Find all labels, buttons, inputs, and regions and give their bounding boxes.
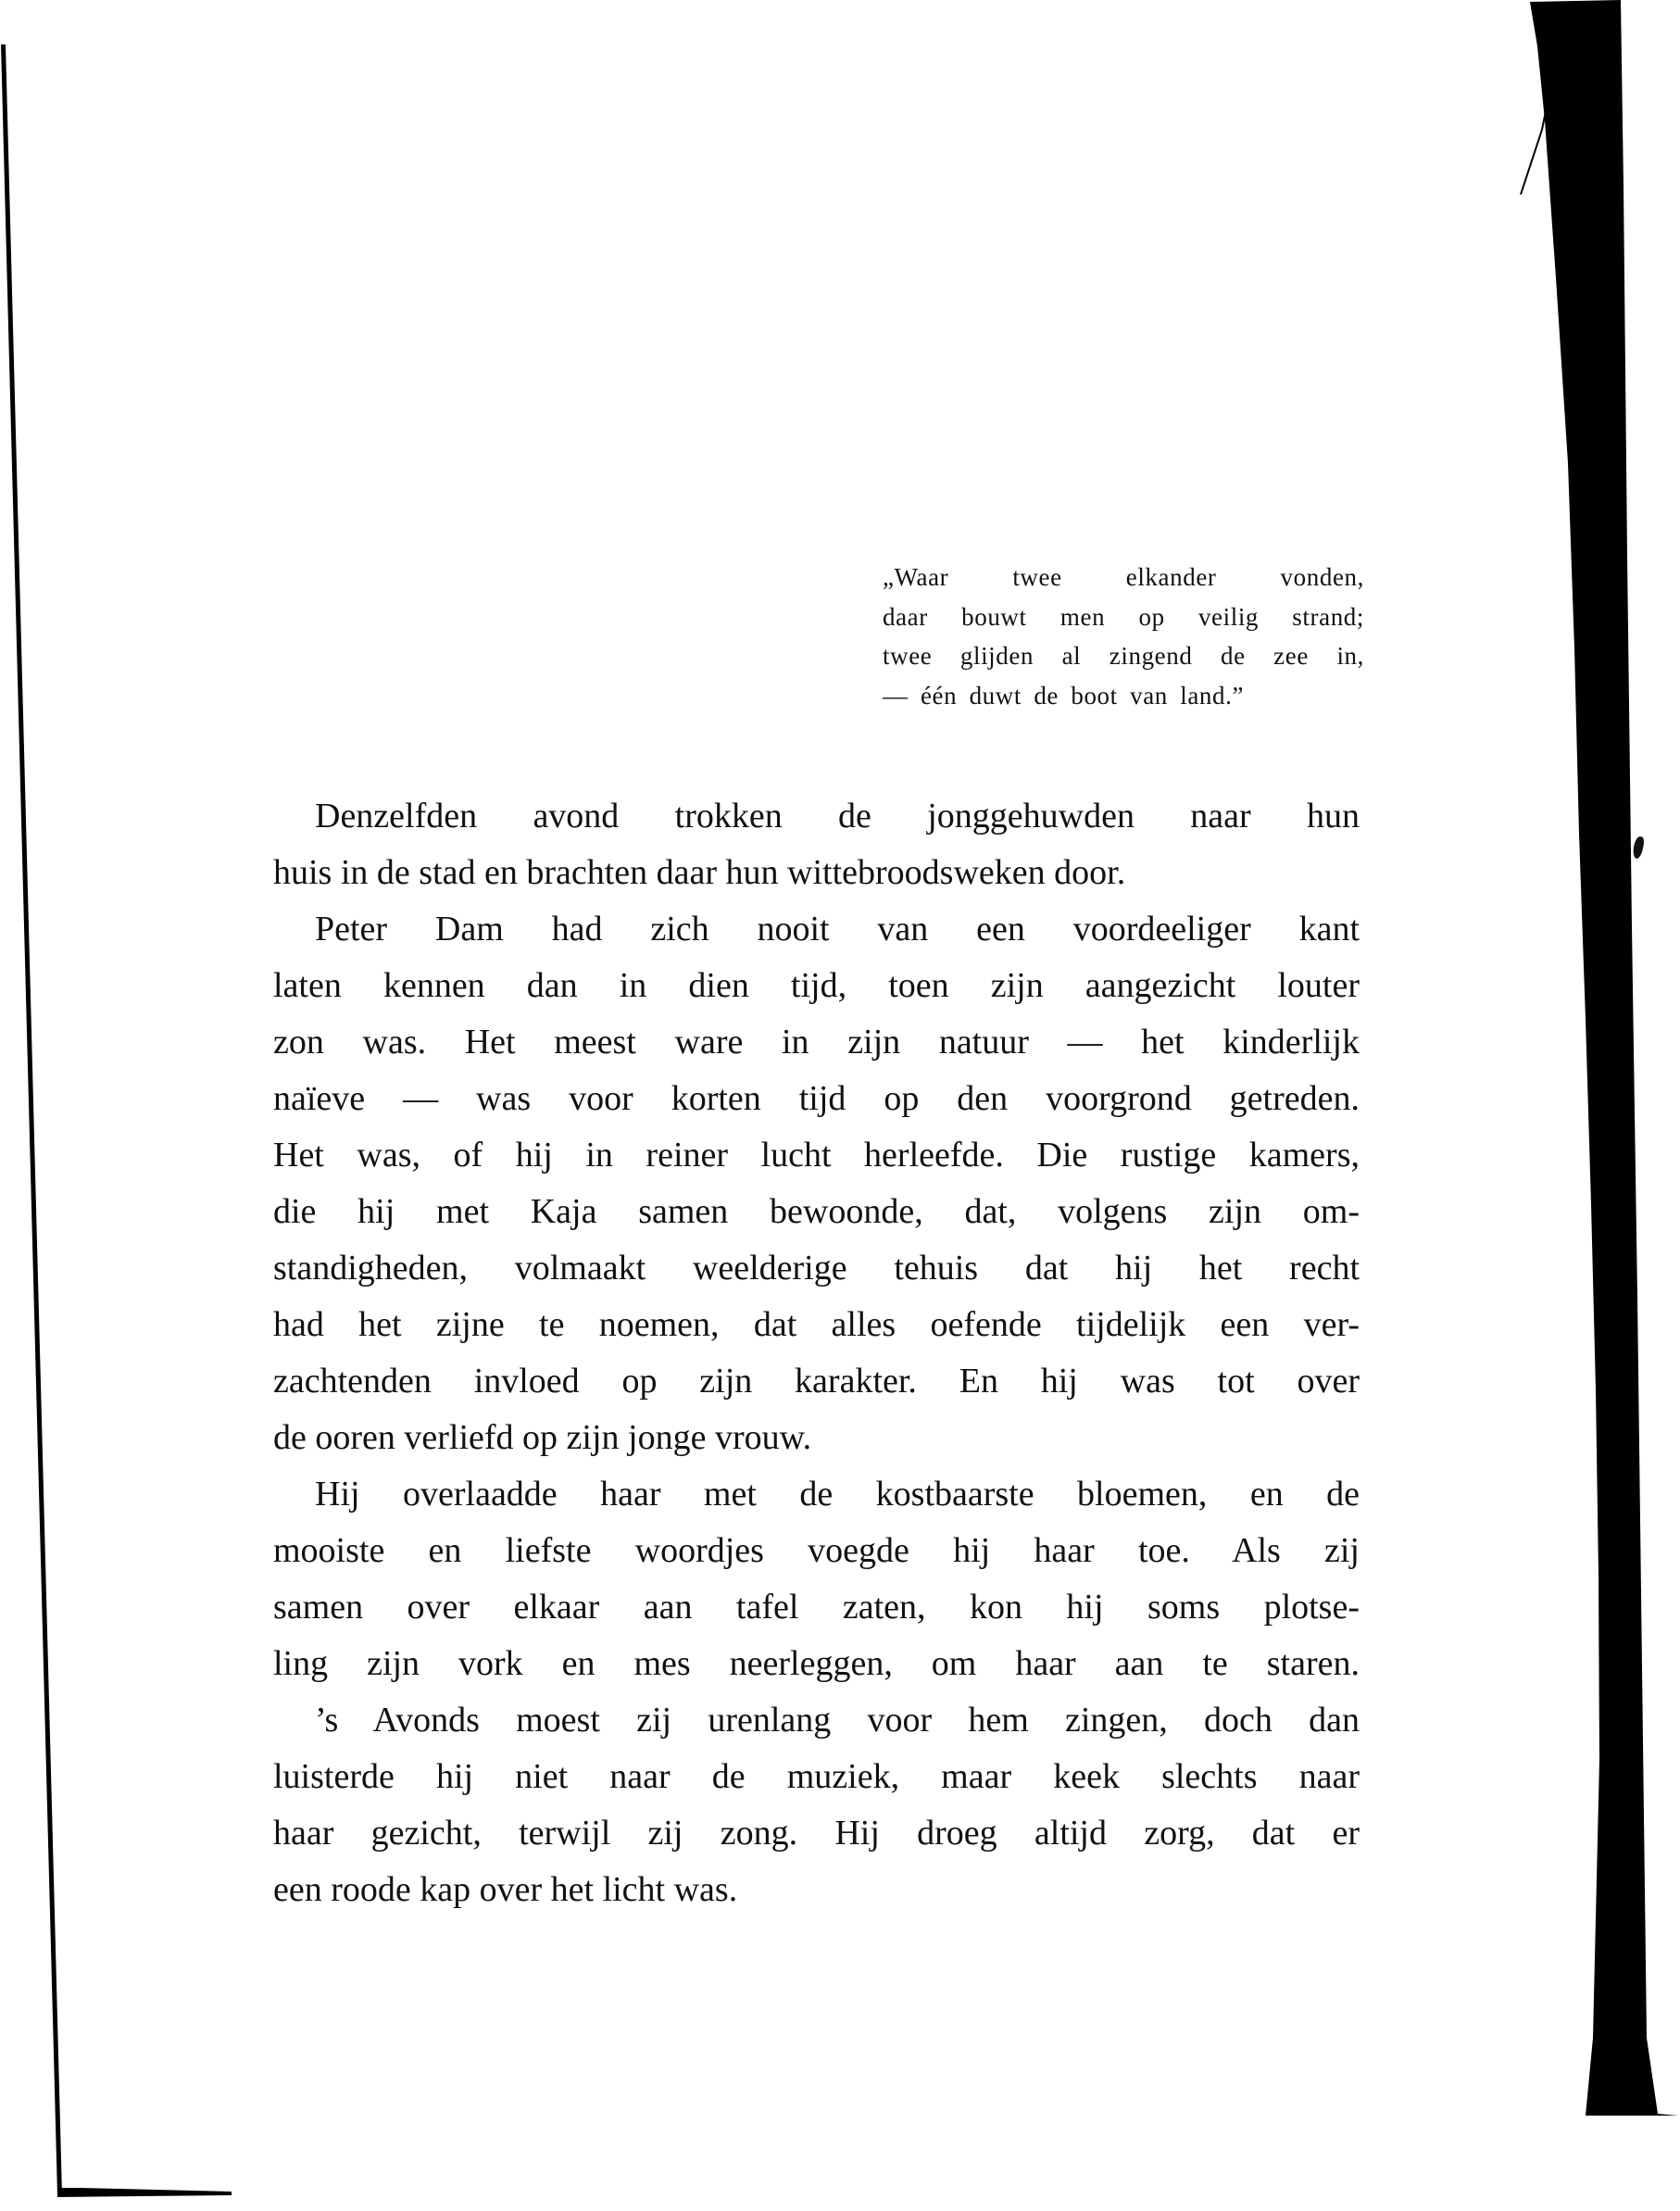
poem-line: — één duwt de boot van land.” xyxy=(883,676,1364,716)
text-line: haar gezicht, terwijl zij zong. Hij droe… xyxy=(273,1805,1360,1862)
paragraph: Peter Dam had zich nooit van een voordee… xyxy=(273,901,1360,1466)
paragraph: ’s Avonds moest zij urenlang voor hem zi… xyxy=(273,1692,1360,1918)
body-text: Denzelfden avond trokken de jonggehuwden… xyxy=(273,788,1360,1918)
paragraph: Hij overlaadde haar met de kostbaarste b… xyxy=(273,1466,1360,1692)
text-line: huis in de stad en brachten daar hun wit… xyxy=(273,845,1360,901)
text-line: Het was, of hij in reiner lucht herleefd… xyxy=(273,1127,1360,1184)
text-line: zachtenden invloed op zijn karakter. En … xyxy=(273,1353,1360,1410)
text-line: ’s Avonds moest zij urenlang voor hem zi… xyxy=(273,1692,1360,1749)
poem-line: twee glijden al zingend de zee in, xyxy=(883,636,1364,676)
scanned-book-page: „Waar twee elkander vonden, daar bouwt m… xyxy=(0,0,1680,2211)
text-line: Hij overlaadde haar met de kostbaarste b… xyxy=(273,1466,1360,1523)
text-line: samen over elkaar aan tafel zaten, kon h… xyxy=(273,1579,1360,1636)
text-line: laten kennen dan in dien tijd, toen zijn… xyxy=(273,958,1360,1014)
text-line: luisterde hij niet naar de muziek, maar … xyxy=(273,1749,1360,1805)
text-line: mooiste en liefste woordjes voegde hij h… xyxy=(273,1523,1360,1579)
text-line: die hij met Kaja samen bewoonde, dat, vo… xyxy=(273,1184,1360,1240)
text-line: Peter Dam had zich nooit van een voordee… xyxy=(273,901,1360,958)
text-line: had het zijne te noemen, dat alles oefen… xyxy=(273,1297,1360,1353)
text-line: Denzelfden avond trokken de jonggehuwden… xyxy=(273,788,1360,845)
text-line: de ooren verliefd op zijn jonge vrouw. xyxy=(273,1410,1360,1466)
text-line: een roode kap over het licht was. xyxy=(273,1862,1360,1918)
poem-line: „Waar twee elkander vonden, xyxy=(883,558,1364,597)
poem-line: daar bouwt men op veilig strand; xyxy=(883,597,1364,637)
text-line: ling zijn vork en mes neerleggen, om haa… xyxy=(273,1636,1360,1692)
text-line: standigheden, volmaakt weelderige tehuis… xyxy=(273,1240,1360,1297)
text-line: zon was. Het meest ware in zijn natuur —… xyxy=(273,1014,1360,1071)
epigraph-poem: „Waar twee elkander vonden, daar bouwt m… xyxy=(883,558,1364,716)
text-line: naïeve — was voor korten tijd op den voo… xyxy=(273,1071,1360,1127)
paragraph: Denzelfden avond trokken de jonggehuwden… xyxy=(273,788,1360,901)
